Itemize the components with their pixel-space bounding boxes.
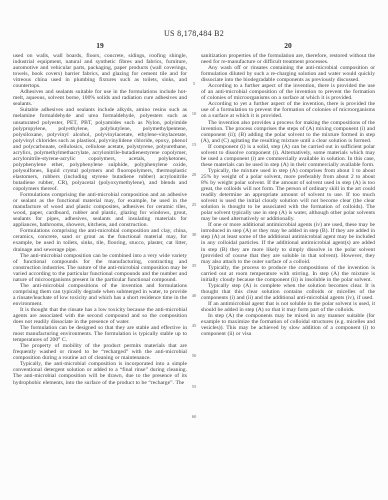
right-column-number: 20 bbox=[201, 41, 375, 50]
paragraph: The anti-microbial composition can be co… bbox=[13, 253, 187, 283]
line-number: 45 bbox=[188, 323, 200, 328]
paragraph: The formulation can be designed so that … bbox=[13, 325, 187, 343]
paragraph: It is thought that the rinsate has a low… bbox=[13, 307, 187, 325]
left-column-text: used on walls, wall boards, floors, conc… bbox=[13, 53, 187, 457]
line-number: 20 bbox=[188, 172, 200, 177]
line-number: 5 bbox=[188, 81, 200, 86]
line-number: 25 bbox=[188, 202, 200, 207]
paragraph: The invention also provides a process fo… bbox=[201, 120, 375, 144]
line-number: 60 bbox=[188, 414, 200, 419]
paragraph: Typically step (A) is complete when the … bbox=[201, 283, 375, 301]
paragraph: Formulations comprising the anti-microbi… bbox=[13, 228, 187, 252]
line-number: 50 bbox=[188, 353, 200, 358]
line-number: 40 bbox=[188, 293, 200, 298]
paragraph: Formulations comprising the anti-microbi… bbox=[13, 192, 187, 228]
paragraph: According to yet a further aspect of the… bbox=[201, 101, 375, 119]
line-number: 15 bbox=[188, 142, 200, 147]
paragraph: sanitization properties of the formulati… bbox=[201, 53, 375, 65]
paragraph: If component (i) is a solid, step (A) ca… bbox=[201, 144, 375, 168]
paragraph: In step (A) the components may be mixed … bbox=[201, 313, 375, 337]
paragraph: Typically, the mixture used in step (A) … bbox=[201, 168, 375, 222]
paragraph: used on walls, wall boards, floors, conc… bbox=[13, 53, 187, 89]
line-number: 30 bbox=[188, 232, 200, 237]
paragraph: If an antimicrobial agent that is not so… bbox=[201, 301, 375, 313]
right-column-text: sanitization properties of the formulati… bbox=[201, 53, 375, 457]
gutter-line-numbers: 51015202530354045505560 bbox=[188, 0, 200, 500]
paragraph: Suitable adhesives and sealants include … bbox=[13, 107, 187, 192]
paragraph: Typically, the process to produce the co… bbox=[201, 265, 375, 283]
paragraph: Typically, the anti-microbial compositio… bbox=[13, 361, 187, 385]
paragraph: Any wash off or rinsates containing the … bbox=[201, 65, 375, 83]
paragraph: The property of mobility of the product … bbox=[13, 343, 187, 361]
paragraph: According to a further aspect of the inv… bbox=[201, 83, 375, 101]
paragraph: Adhesives and sealants suitable for use … bbox=[13, 89, 187, 107]
patent-page: US 8,178,484 B2 19 20 used on walls, wal… bbox=[0, 0, 388, 500]
paragraph: The anti-microbial compositions of the i… bbox=[13, 283, 187, 307]
line-number: 35 bbox=[188, 263, 200, 268]
paragraph: If one or more additional antimicrobial … bbox=[201, 222, 375, 264]
left-column-number: 19 bbox=[13, 41, 187, 50]
line-number: 10 bbox=[188, 111, 200, 116]
line-number: 55 bbox=[188, 384, 200, 389]
